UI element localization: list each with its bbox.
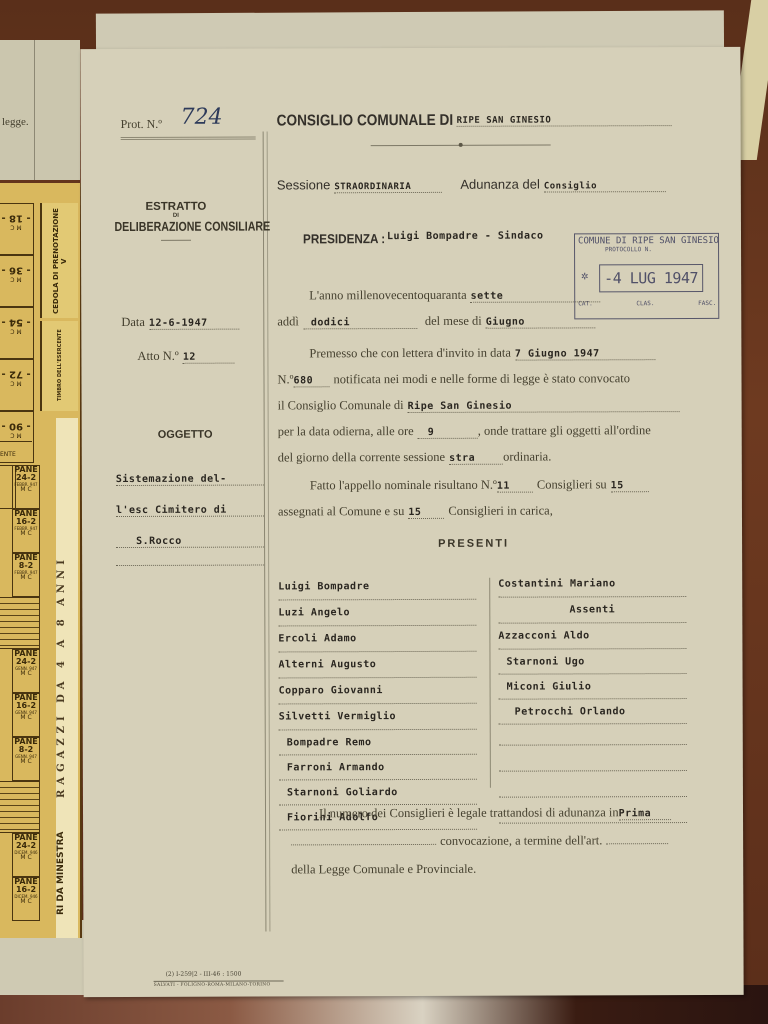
ration-mc: M C <box>13 899 39 905</box>
data-field: Data 12-6-1947 <box>121 313 239 331</box>
stamp-clas: CLAS. <box>636 300 654 307</box>
ration-side-title: CEDOLA DI PRENOTAZIONE V <box>52 206 68 316</box>
ration-rule <box>0 441 32 442</box>
data-label: Data <box>121 315 145 329</box>
ration-mc: M C <box>0 379 33 385</box>
ration-cell-54: - 54 - M C <box>0 307 34 359</box>
atto-value: 12 <box>183 352 235 364</box>
assente-item: Petrocchi Orlando <box>499 706 687 725</box>
consiglio-text: il Consiglio Comunale di <box>278 398 404 412</box>
ration-age-band: RAGAZZI DA 4 A 8 ANNI RI DA MINESTRA <box>56 418 78 938</box>
prot-number: 724 <box>181 105 223 130</box>
ration-pane-cell: PANE 16-2 FEBBR. 947 M C <box>12 509 40 553</box>
ration-pane-cell: PANE 8-2 GENN. 947 M C <box>12 737 40 781</box>
onde-text: , onde trattare gli oggetti all'ordine <box>478 423 651 438</box>
ration-age-text: RAGAZZI DA 4 A 8 ANNI <box>56 418 67 798</box>
ration-cell-18: - 18 - M C <box>0 203 34 255</box>
mese-value: Giugno <box>486 316 596 328</box>
addi-value: dodici <box>303 317 417 329</box>
numero-text: Il numero dei Consiglieri è legale tratt… <box>319 805 619 820</box>
presenti-label: PRESENTI <box>438 538 509 550</box>
ration-wavy-cell <box>0 781 40 833</box>
ration-pane-cell: PANE 24-2 GENN. 947 M C <box>12 649 40 693</box>
protocol-stamp: COMUNE DI RIPE SAN GINESIO PROTOCOLLO N.… <box>574 233 719 320</box>
oggetto-line-empty <box>116 549 264 567</box>
ration-mc: M C <box>0 327 33 333</box>
ration-mc: M C <box>13 487 39 493</box>
ration-pane-cell: PANE 16-2 GENN. 947 M C <box>12 693 40 737</box>
ration-pane-cell: PANE 16-2 DICEM. 946 M C <box>12 877 40 921</box>
notificata-line: N.º680 notificata nei modi e nelle forme… <box>277 369 630 388</box>
addi-line: addì dodici del mese di Giugno <box>277 311 596 330</box>
left-title-estratto: ESTRATTO <box>101 201 251 214</box>
art-blank <box>606 831 668 844</box>
presidenza-row: PRESIDENZA : Luigi Bompadre - Sindaco <box>303 229 603 248</box>
header-title: CONSIGLIO COMUNALE DI <box>277 112 454 131</box>
anno-value: sette <box>471 290 601 302</box>
convocazione-text: convocazione, a termine dell'art. <box>440 833 602 848</box>
no-label: N.º <box>277 372 293 386</box>
presente-item: Silvetti Vermiglio <box>279 711 477 731</box>
presente-item: Luigi Bompadre <box>278 581 476 601</box>
ration-card: - 18 - M C - 36 - M C - 54 - M C - 72 - … <box>0 183 82 938</box>
ration-ente: ENTE <box>0 451 16 458</box>
adunanza-value: Consiglio <box>544 181 666 192</box>
ration-pane-cell: PANE 24-2 DICEM. 946 M C <box>12 833 40 877</box>
adunanza-label: Adunanza del <box>460 177 540 192</box>
ore-value: 9 <box>418 427 478 439</box>
stamp-star-icon: ✲ <box>581 268 588 282</box>
assente-item: Azzacconi Aldo <box>498 630 686 650</box>
assegnati-value: 15 <box>408 507 444 519</box>
prot-label: Prot. N.º <box>121 117 162 132</box>
ration-wavy-cell <box>0 597 40 649</box>
presenti-right-list: Costantini Mariano Assenti Azzacconi Ald… <box>498 573 687 831</box>
empty-line <box>499 778 687 798</box>
giorno-line: del giorno della corrente sessione strao… <box>278 448 552 467</box>
presente-item: Alterni Augusto <box>278 659 476 679</box>
convocazione-line: convocazione, a termine dell'art. <box>291 831 668 850</box>
presente-item: Costantini Mariano <box>498 578 686 598</box>
ration-timbro: TIMBRO DELL'ESERCENTE <box>57 325 63 405</box>
stamp-date: -4 LUG 1947 <box>604 269 698 287</box>
stamp-line1: COMUNE DI RIPE SAN GINESIO <box>575 234 718 246</box>
left-title-rule <box>161 240 191 241</box>
ration-number: - 90 - <box>0 420 33 431</box>
ration-timbro-panel: TIMBRO DELL'ESERCENTE <box>40 321 78 411</box>
appello-text: Fatto l'appello nominale risultano N.º <box>310 478 497 493</box>
ration-number: - 36 - <box>0 264 33 275</box>
ration-mc: M C <box>0 275 33 281</box>
no-value: 680 <box>294 375 330 387</box>
footer-code: (2) I-259|2 - III-46 : 1500 <box>154 971 242 978</box>
presidenza-value: Luigi Bompadre - Sindaco <box>387 231 544 243</box>
perdata-line: per la data odierna, alle ore 9, onde tr… <box>278 421 651 440</box>
in-carica-text: Consiglieri in carica, <box>448 504 553 518</box>
convocazione-blank <box>291 832 436 846</box>
oggetto-line: l'esc Cimitero di <box>116 505 264 518</box>
stamp-line2: PROTOCOLLO N. <box>575 246 718 253</box>
atto-field: Atto N.º 12 <box>137 347 234 365</box>
stamp-date-box: -4 LUG 1947 <box>599 264 703 292</box>
header-comune-field: RIPE SAN GINESIO <box>457 109 672 127</box>
left-sheet-fragment: legge. <box>2 116 29 128</box>
sessione-inline-value: stra <box>449 453 503 465</box>
ration-number: - 18 - <box>0 212 33 223</box>
ration-mc: M C <box>13 759 39 765</box>
left-title-deliberazione: DELIBERAZIONE CONSILIARE <box>114 219 237 234</box>
presente-item: Starnoni Goliardo <box>279 787 477 806</box>
empty-line <box>499 752 687 772</box>
prot-field: Prot. N.º 724 <box>121 109 256 140</box>
ration-mc: M C <box>13 575 39 581</box>
premesso-text: Premesso che con lettera d'invito in dat… <box>309 346 511 361</box>
atto-label: Atto N.º <box>137 349 178 363</box>
ration-side-header: CEDOLA DI PRENOTAZIONE V <box>40 203 78 318</box>
ration-minestra-text: RI DA MINESTRA <box>56 818 66 928</box>
giorno-text: del giorno della corrente sessione <box>278 450 445 465</box>
oggetto-body: Sistemazione del- l'esc Cimitero di S.Ro… <box>116 469 264 567</box>
presidenza-label: PRESIDENZA : <box>303 231 385 246</box>
ration-mc: M C <box>0 223 33 229</box>
empty-line <box>499 726 687 746</box>
footer-printer: SALVATI - FOLIGNO-ROMA-MILANO-TORINO <box>154 980 284 987</box>
presenti-divider <box>489 578 491 788</box>
ordinaria-text: ordinaria. <box>503 450 551 464</box>
mese-label: del mese di <box>425 314 482 328</box>
sessione-value: STRAORDINARIA <box>334 182 442 193</box>
presente-item: Luzi Angelo <box>278 607 476 627</box>
assenti-label: Assenti <box>498 604 686 624</box>
oggetto-line: Sistemazione del- <box>116 474 264 487</box>
consiglio-line: il Consiglio Comunale di Ripe San Ginesi… <box>278 395 680 414</box>
notificata-text: notificata nei modi e nelle forme di leg… <box>334 371 630 386</box>
ration-mc: M C <box>13 715 39 721</box>
separator-dot <box>459 143 463 147</box>
consiglieri-su-text: Consiglieri su <box>537 477 607 491</box>
premesso-value: 7 Giugno 1947 <box>515 348 655 360</box>
left-sheet-rule <box>34 40 35 180</box>
column-divider-inner <box>267 132 271 932</box>
ration-mc: M C <box>13 671 39 677</box>
ration-mc: M C <box>0 431 33 437</box>
data-value: 12-6-1947 <box>149 318 239 330</box>
stamp-fasc: FASC. <box>698 300 716 307</box>
premesso-line: Premesso che con lettera d'invito in dat… <box>309 343 655 362</box>
perdata-text: per la data odierna, alle ore <box>278 424 414 438</box>
header-comune: RIPE SAN GINESIO <box>457 116 552 126</box>
appello-value: 11 <box>497 481 533 493</box>
assente-item: Miconi Giulio <box>499 681 687 700</box>
oggetto-label: OGGETTO <box>158 429 213 441</box>
background-sheet-left: legge. <box>0 40 80 180</box>
ration-mc: M C <box>13 531 39 537</box>
sessione-label: Sessione <box>277 177 331 192</box>
deliberation-document: Prot. N.º 724 CONSIGLIO COMUNALE DI RIPE… <box>80 47 743 997</box>
assegnati-text: assegnati al Comune e su <box>278 504 404 518</box>
assente-item: Starnoni Ugo <box>498 656 686 675</box>
legge-line: della Legge Comunale e Provinciale. <box>291 860 476 879</box>
oggetto-line: S.Rocco <box>116 536 264 549</box>
ration-cell-72: - 72 - M C <box>0 359 34 411</box>
ration-cell-36: - 36 - M C <box>0 255 34 307</box>
ration-number: - 54 - <box>0 316 33 327</box>
ration-pane-cell: PANE 24-2 FEBBR. 947 M C <box>12 465 40 509</box>
presente-item: Bompadre Remo <box>279 737 477 756</box>
consiglieri-su-value: 15 <box>611 480 649 492</box>
presente-item: Farroni Armando <box>279 762 477 781</box>
anno-line: L'anno millenovecentoquaranta sette <box>309 285 600 304</box>
ration-mc: M C <box>13 855 39 861</box>
presente-item: Copparo Giovanni <box>279 685 477 705</box>
left-title-block: ESTRATTO DI DELIBERAZIONE CONSILIARE <box>101 201 251 242</box>
numero-line: Il numero dei Consiglieri è legale tratt… <box>319 803 671 822</box>
addi-label: addì <box>277 314 299 328</box>
legge-text: della Legge Comunale e Provinciale. <box>291 862 476 877</box>
assegnati-line: assegnati al Comune e su 15 Consiglieri … <box>278 502 553 521</box>
ration-pane-cell: PANE 8-2 FEBBR. 947 M C <box>12 553 40 597</box>
anno-text: L'anno millenovecentoquaranta <box>309 288 466 303</box>
presente-item: Ercoli Adamo <box>278 633 476 653</box>
sessione-row: Sessione STRAORDINARIA Adunanza del Cons… <box>277 175 666 194</box>
appello-line: Fatto l'appello nominale risultano N.º11… <box>310 475 649 494</box>
consiglio-value: Ripe San Ginesio <box>408 400 680 413</box>
numero-value: Prima <box>619 808 671 820</box>
presenti-left-list: Luigi Bompadre Luzi Angelo Ercoli Adamo … <box>278 576 477 833</box>
ration-number: - 72 - <box>0 368 33 379</box>
